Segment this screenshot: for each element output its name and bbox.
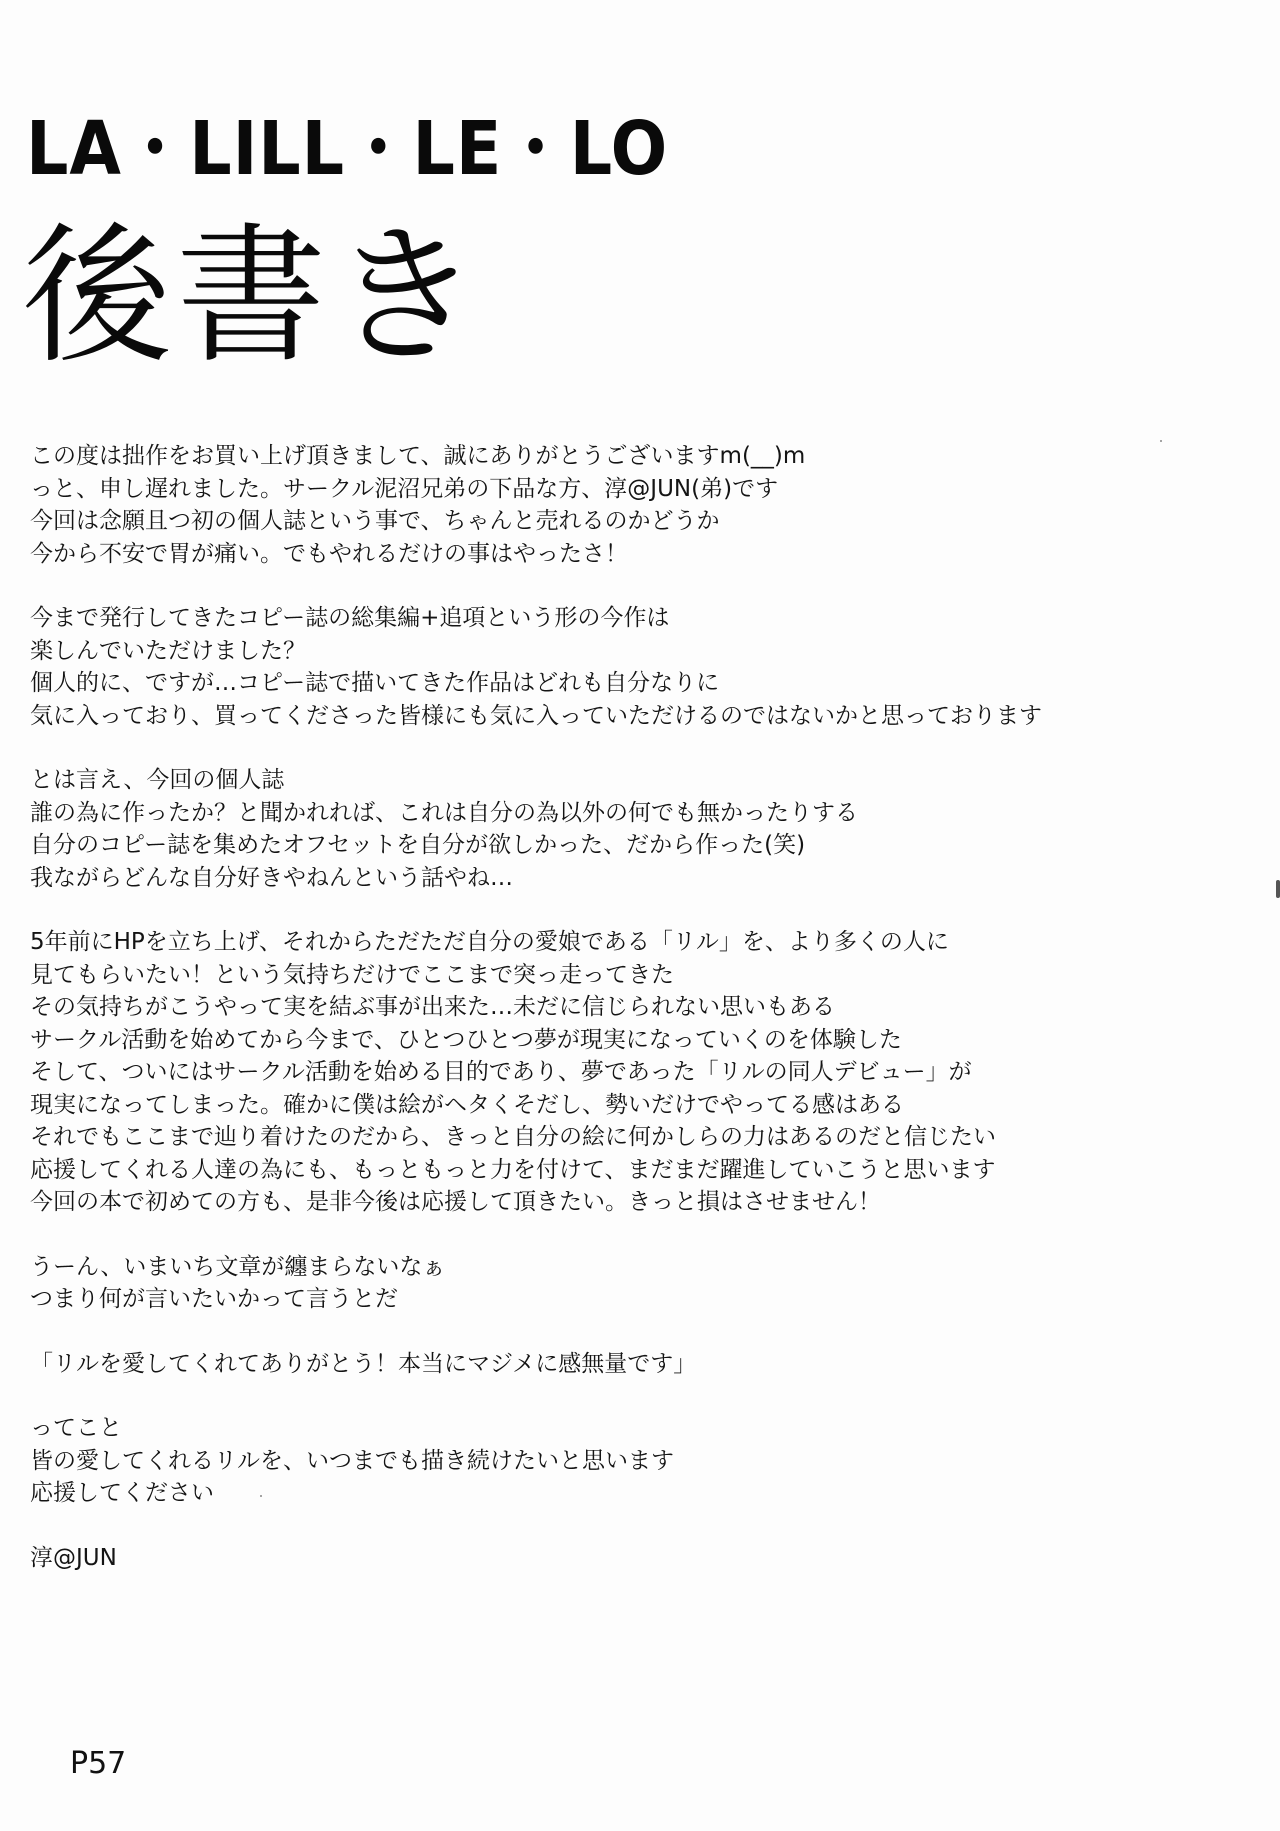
- afterword-heading: 後書き: [22, 222, 484, 372]
- paragraph-history: 5年前にHPを立ち上げ、それからただただ自分の愛娘である「リル」を、より多くの人…: [30, 926, 1130, 1219]
- text-line: 「リルを愛してくれてありがとう！本当にマジメに感無量です」: [30, 1348, 1130, 1381]
- author-signature: 淳@JUN: [30, 1542, 1130, 1575]
- paragraph-about-work: 今まで発行してきたコピー誌の総集編+追項という形の今作は 楽しんでいただけました…: [30, 602, 1130, 732]
- text-line: その気持ちがこうやって実を結ぶ事が出来た…未だに信じられない思いもある: [30, 991, 1130, 1024]
- scan-speck: [1160, 440, 1162, 442]
- text-line: つまり何が言いたいかって言うとだ: [30, 1283, 1130, 1316]
- text-line: そして、ついにはサークル活動を始める目的であり、夢であった「リルの同人デビュー」…: [30, 1056, 1130, 1089]
- text-line: 今回の本で初めての方も、是非今後は応援して頂きたい。きっと損はさせません！: [30, 1186, 1130, 1219]
- text-line: 自分のコピー誌を集めたオフセットを自分が欲しかった、だから作った(笑): [30, 829, 1130, 862]
- text-line: 我ながらどんな自分好きやねんという話やね…: [30, 862, 1130, 895]
- text-line: それでもここまで辿り着けたのだから、きっと自分の絵に何かしらの力はあるのだと信じ…: [30, 1121, 1130, 1154]
- text-line: 誰の為に作ったか？と聞かれれば、これは自分の為以外の何でも無かったりする: [30, 797, 1130, 830]
- text-line: 応援してくれる人達の為にも、もっともっと力を付けて、まだまだ躍進していこうと思い…: [30, 1154, 1130, 1187]
- scan-speck: [260, 1495, 262, 1497]
- text-line: 個人的に、ですが…コピー誌で描いてきた作品はどれも自分なりに: [30, 667, 1130, 700]
- text-line: とは言え、今回の個人誌: [30, 764, 1130, 797]
- paragraph-thanks-quote: 「リルを愛してくれてありがとう！本当にマジメに感無量です」: [30, 1348, 1130, 1381]
- paragraph-motivation: とは言え、今回の個人誌 誰の為に作ったか？と聞かれれば、これは自分の為以外の何で…: [30, 764, 1130, 894]
- scanned-page: LA・LILL・LE・LO 後書き この度は拙作をお買い上げ頂きまして、誠にあり…: [0, 0, 1280, 1831]
- series-title: LA・LILL・LE・LO: [26, 112, 668, 186]
- text-line: 見てもらいたい！という気持ちだけでここまで突っ走ってきた: [30, 959, 1130, 992]
- paragraph-closing: ってこと 皆の愛してくれるリルを、いつまでも描き続けたいと思います 応援してくだ…: [30, 1412, 1130, 1510]
- text-line: この度は拙作をお買い上げ頂きまして、誠にありがとうございますm(__)m: [30, 440, 1130, 473]
- paragraph-greeting: この度は拙作をお買い上げ頂きまして、誠にありがとうございますm(__)m っと、…: [30, 440, 1130, 570]
- text-line: 現実になってしまった。確かに僕は絵がヘタくそだし、勢いだけでやってる感はある: [30, 1089, 1130, 1122]
- afterword-body: この度は拙作をお買い上げ頂きまして、誠にありがとうございますm(__)m っと、…: [30, 440, 1130, 1574]
- text-line: 応援してください: [30, 1477, 1130, 1510]
- text-line: 5年前にHPを立ち上げ、それからただただ自分の愛娘である「リル」を、より多くの人…: [30, 926, 1130, 959]
- text-line: 今回は念願且つ初の個人誌という事で、ちゃんと売れるのかどうか: [30, 505, 1130, 538]
- scan-margin-mark: [1276, 880, 1280, 898]
- text-line: 気に入っており、買ってくださった皆様にも気に入っていただけるのではないかと思って…: [30, 700, 1130, 733]
- paragraph-reflection: うーん、いまいち文章が纏まらないなぁ つまり何が言いたいかって言うとだ: [30, 1251, 1130, 1316]
- text-line: 今から不安で胃が痛い。でもやれるだけの事はやったさ！: [30, 538, 1130, 571]
- text-line: ってこと: [30, 1412, 1130, 1445]
- text-line: 皆の愛してくれるリルを、いつまでも描き続けたいと思います: [30, 1445, 1130, 1478]
- text-line: っと、申し遅れました。サークル泥沼兄弟の下品な方、淳@JUN(弟)です: [30, 473, 1130, 506]
- text-line: うーん、いまいち文章が纏まらないなぁ: [30, 1251, 1130, 1284]
- text-line: 今まで発行してきたコピー誌の総集編+追項という形の今作は: [30, 602, 1130, 635]
- text-line: 楽しんでいただけました？: [30, 635, 1130, 668]
- text-line: サークル活動を始めてから今まで、ひとつひとつ夢が現実になっていくのを体験した: [30, 1024, 1130, 1057]
- page-number: P57: [70, 1746, 126, 1781]
